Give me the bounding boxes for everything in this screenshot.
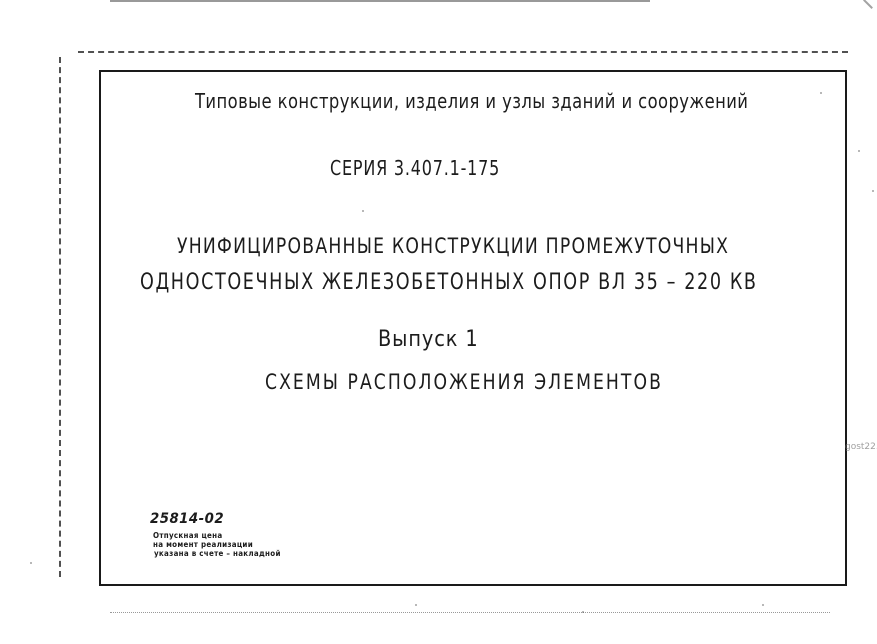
scan-speck [30,562,32,564]
outer-frame-top-line [78,51,848,53]
outer-frame-bottom-line [110,612,830,613]
scan-speck [762,604,764,606]
title-line-2: ОДНОСТОЕЧНЫХ ЖЕЛЕЗОБЕТОННЫХ ОПОР ВЛ 35 –… [140,270,758,295]
watermark: gost22.ru [845,442,877,452]
scan-speck [820,92,822,94]
price-note-line-2: на момент реализации [153,540,253,549]
scan-speck [858,150,860,152]
scan-speck [362,210,364,212]
scan-corner-mark [863,0,873,9]
price-note-line-3: указана в счете – накладной [154,549,281,558]
scan-speck [582,611,584,613]
price-note-line-1: Отпускная цена [153,531,222,540]
header-line: Типовые конструкции, изделия и узлы здан… [195,89,748,113]
scan-edge-line [110,0,650,2]
subtitle: СХЕМЫ РАСПОЛОЖЕНИЯ ЭЛЕМЕНТОВ [265,370,663,394]
outer-frame-left-line [59,57,61,577]
series-label: СЕРИЯ 3.407.1-175 [330,156,500,180]
title-line-1: УНИФИЦИРОВАННЫЕ КОНСТРУКЦИИ ПРОМЕЖУТОЧНЫ… [177,234,729,258]
scan-speck [415,604,417,606]
catalog-number: 25814-02 [150,511,224,527]
scan-speck [872,190,874,192]
issue-label: Выпуск 1 [378,327,479,352]
